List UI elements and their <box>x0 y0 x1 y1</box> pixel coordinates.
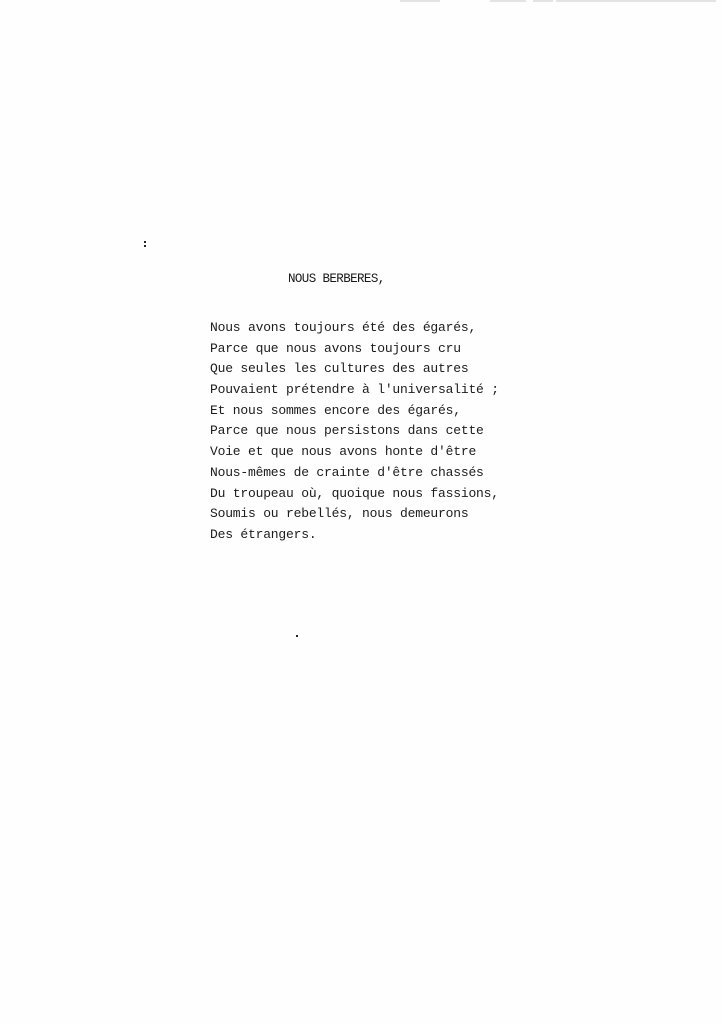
poem-title: NOUS BERBERES, <box>288 272 385 286</box>
poem-line: Des étrangers. <box>210 525 499 546</box>
poem-line: Du troupeau où, quoique nous fassions, <box>210 484 499 505</box>
poem-line: Soumis ou rebellés, nous demeurons <box>210 504 499 525</box>
stray-ink-dot <box>296 635 298 637</box>
poem-line: Parce que nous avons toujours cru <box>210 339 499 360</box>
poem-line: Nous avons toujours été des égarés, <box>210 318 499 339</box>
poem-line: Nous-mêmes de crainte d'être chassés <box>210 463 499 484</box>
scan-edge-mark <box>533 0 553 2</box>
poem-line: Pouvaient prétendre à l'universalité ; <box>210 380 499 401</box>
poem-line: Et nous sommes encore des égarés, <box>210 401 499 422</box>
scan-edge-mark <box>400 0 440 2</box>
scan-edge-mark <box>490 0 526 2</box>
stray-ink-mark <box>144 245 146 247</box>
poem-line: Parce que nous persistons dans cette <box>210 421 499 442</box>
poem-line: Voie et que nous avons honte d'être <box>210 442 499 463</box>
scan-edge-mark <box>556 0 716 2</box>
typewritten-page: NOUS BERBERES, Nous avons toujours été d… <box>0 0 723 1024</box>
poem-body: Nous avons toujours été des égarés, Parc… <box>210 318 499 546</box>
poem-line: Que seules les cultures des autres <box>210 359 499 380</box>
stray-ink-mark <box>144 241 146 243</box>
